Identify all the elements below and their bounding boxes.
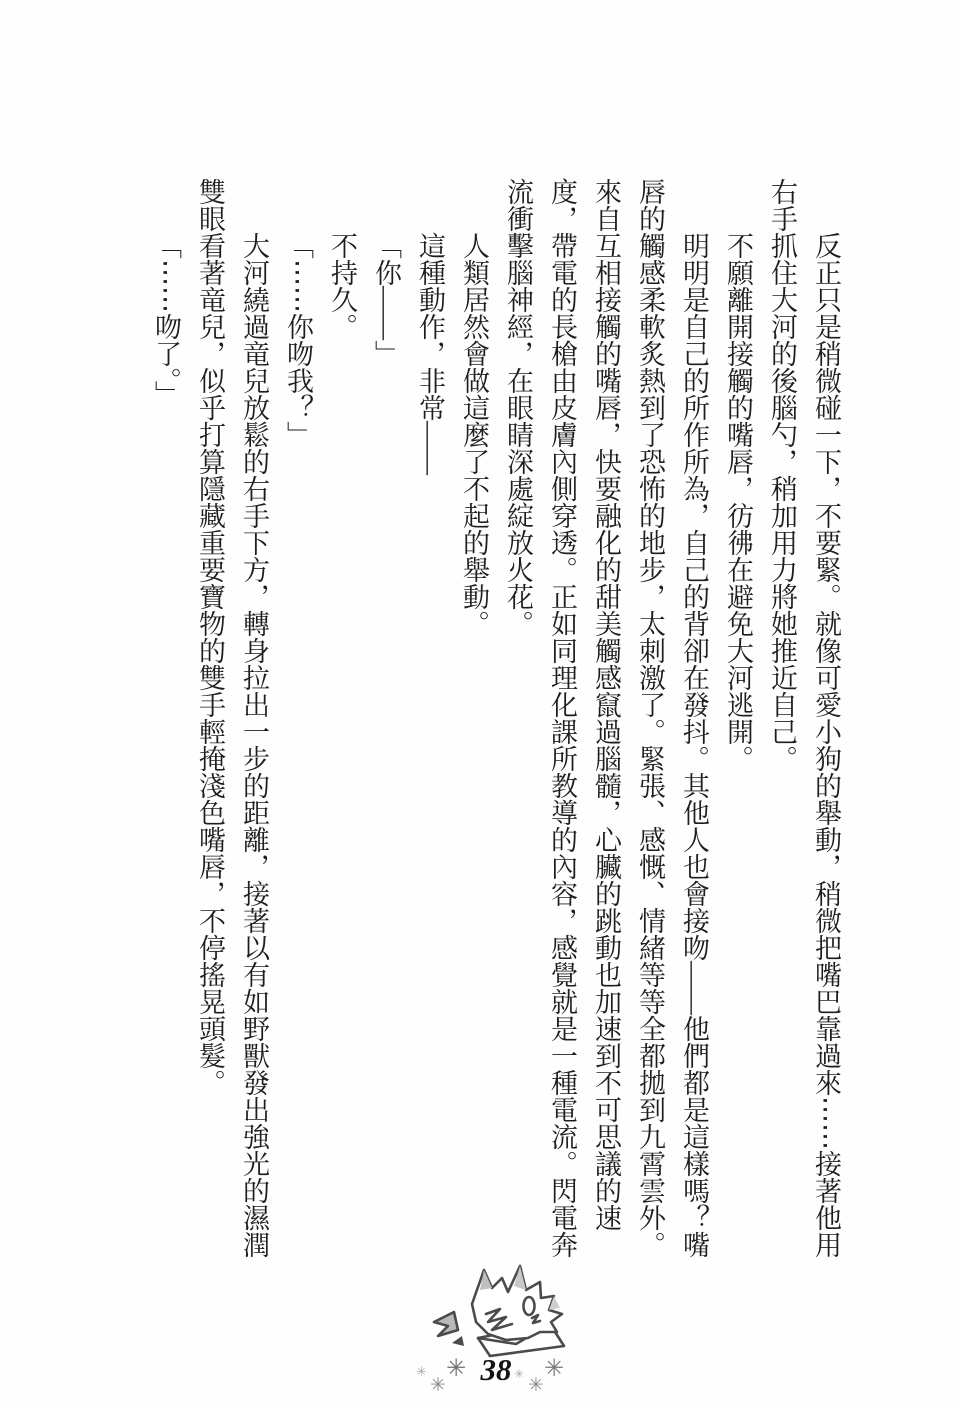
sparkle-icon: ✳ <box>430 1376 446 1395</box>
paragraph: 反正只是稍微碰一下，不要緊。就像可愛小狗的舉動，稍微把嘴巴靠過來⋯⋯接著他用右手… <box>760 178 848 1258</box>
paragraph: 這種動作，非常—— <box>408 178 452 1258</box>
novel-text: 反正只是稍微碰一下，不要緊。就像可愛小狗的舉動，稍微把嘴巴靠過來⋯⋯接著他用右手… <box>144 178 848 1258</box>
paragraph: 明明是自己的所作所為，自己的背卻在發抖。其他人也會接吻——他們都是這樣嗎？嘴唇的… <box>496 178 716 1258</box>
sparkle-icon: ✳ <box>514 1368 524 1380</box>
sparkle-icon: ✳ <box>544 1356 564 1380</box>
sparkle-icon: ✳ <box>528 1376 544 1395</box>
paragraph: 大河繞過竜兒放鬆的右手下方，轉身拉出一步的距離，接著以有如野獸發出強光的濕潤雙眼… <box>188 178 276 1258</box>
paragraph: 人類居然會做這麼了不起的舉動。 <box>452 178 496 1258</box>
dialogue-line: 「⋯⋯你吻我？」 <box>276 178 320 1258</box>
dialogue-line: 「你——」 <box>364 178 408 1258</box>
sparkle-icon: ✳ <box>416 1366 427 1379</box>
page-number: 38 <box>472 1352 520 1388</box>
book-page: 反正只是稍微碰一下，不要緊。就像可愛小狗的舉動，稍微把嘴巴靠過來⋯⋯接著他用右手… <box>0 0 960 1411</box>
tiger-doodle-icon <box>428 1256 588 1358</box>
paragraph: 不持久。 <box>320 178 364 1258</box>
paragraph: 不願離開接觸的嘴唇，彷彿在避免大河逃開。 <box>716 178 760 1258</box>
sparkle-icon: ✳ <box>446 1356 466 1380</box>
dialogue-line: 「⋯⋯吻了。」 <box>144 178 188 1258</box>
